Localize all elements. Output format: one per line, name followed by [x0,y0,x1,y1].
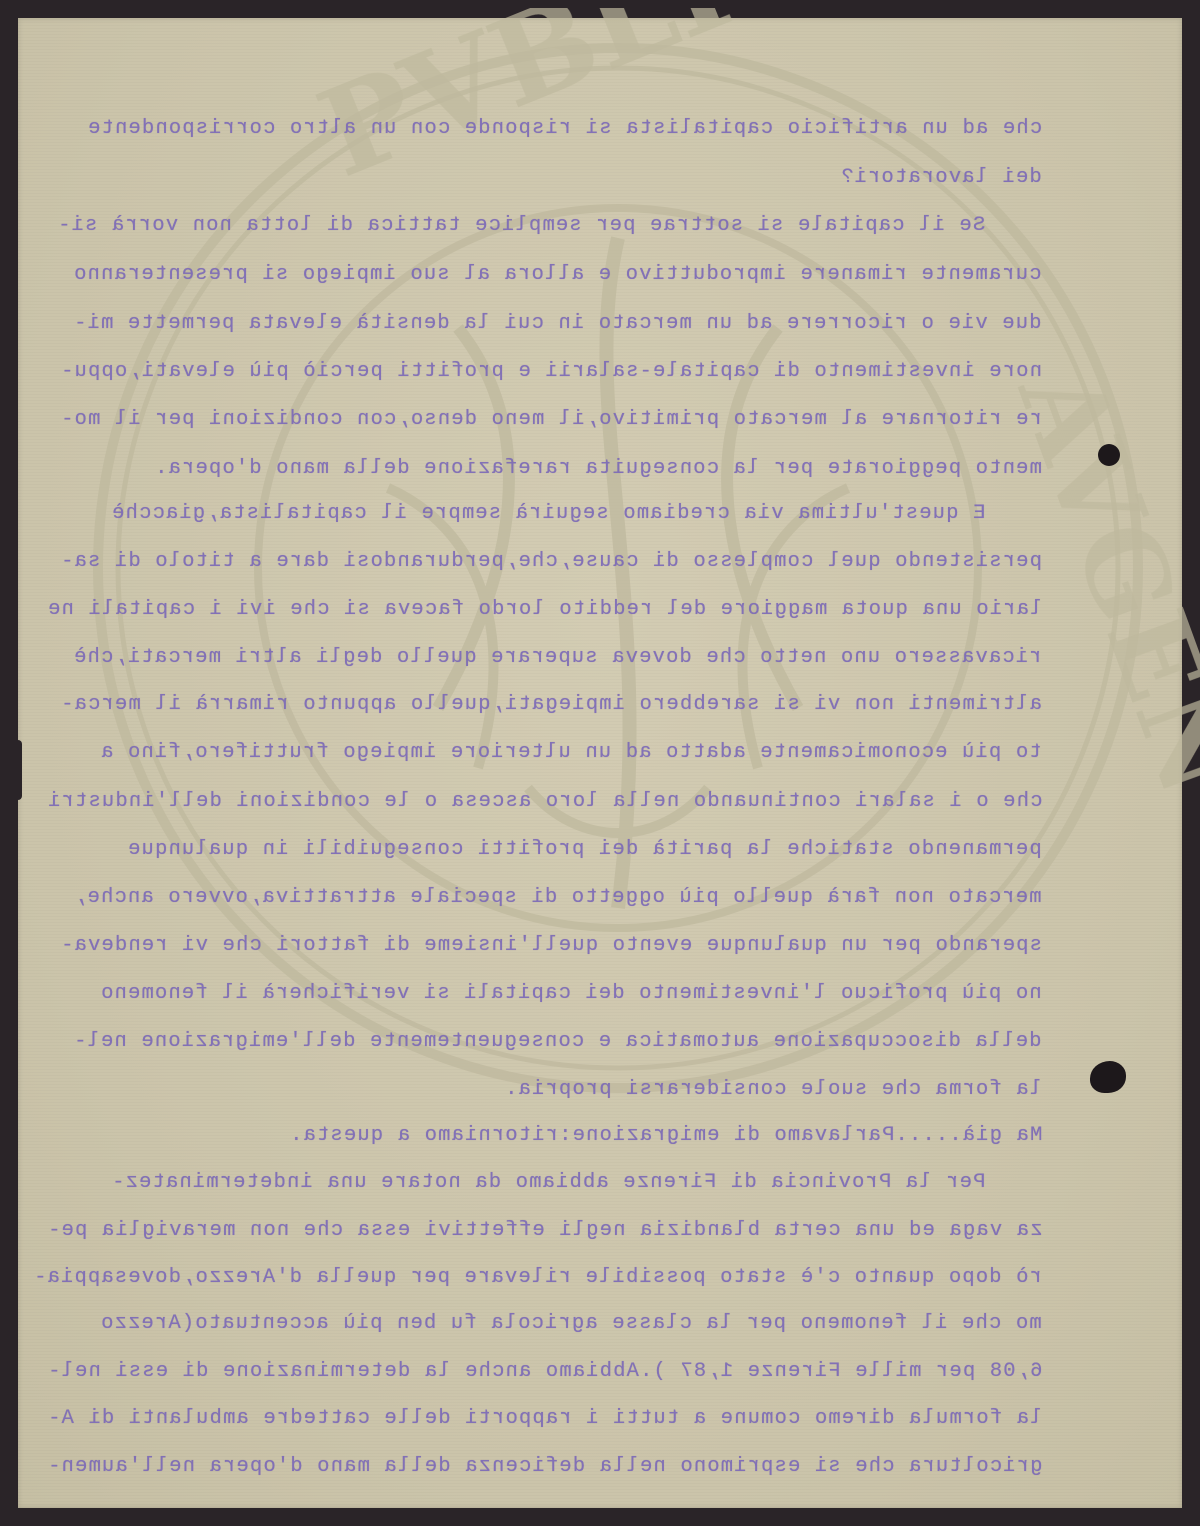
text-line: la forma che suole considerarsi propria. [504,1078,1042,1101]
text-line: Se il capitale si sottrae per semplice t… [57,214,985,237]
text-line: due vie o ricorrere ad un mercato in cui… [73,312,1042,335]
text-line: sperando per un qualunque evento quell'i… [60,934,1042,957]
text-line: che o i salari continuando nella loro as… [47,790,1042,813]
text-line: za vaga ed una certa blandizia negli eff… [47,1219,1042,1242]
text-line: curamente rimanere improduttivo e allora… [73,263,1042,286]
text-line: mercato non farà quello più oggetto di s… [73,886,1042,909]
text-line: la formula diremo comune a tutti i rappo… [47,1407,1042,1430]
text-line: ricavassero uno netto che doveva superar… [73,646,1042,669]
text-line: della disoccupazione automatica e conseg… [73,1030,1042,1053]
text-line: altrimenti non vi si sarebbero impiegati… [60,693,1042,716]
text-line: dei lavoratori? [840,166,1042,189]
text-line: E quest'ultima via crediamo seguirà semp… [111,502,985,525]
text-line: no più proficuo l'investimento dei capit… [100,982,1042,1005]
text-line: re ritornare al mercato primitivo,il men… [60,408,1042,431]
text-line: Ma già.....Parlavamo di emigrazione:rito… [289,1124,1042,1147]
typewritten-text: che ad un artificio capitalista si rispo… [0,0,1200,1526]
text-line: mento peggiorate per la conseguita raref… [154,457,1042,480]
text-line: persistendo quel complesso di cause,che,… [60,550,1042,573]
text-line: Per la Provincia di Firenze abbiamo da n… [111,1171,985,1194]
text-line: permanendo statiche la parità dei profit… [127,838,1042,861]
text-line: nore investimento di capitale-salarii e … [60,360,1042,383]
text-line: lario una quota maggiore del reddito lor… [47,598,1042,621]
text-line: to più economicamente adatto ad un ulter… [100,741,1042,764]
text-line: rò dopo quanto c'è stato possibile rilev… [33,1266,1042,1289]
text-line: gricoltura che si esprimono nella defice… [47,1455,1042,1478]
text-line: mo che il fenomeno per la classe agricol… [100,1312,1042,1335]
text-line: che ad un artificio capitalista si rispo… [87,117,1042,140]
text-line: 6,08 per mille Firenze 1,87 ).Abbiamo an… [47,1360,1042,1383]
